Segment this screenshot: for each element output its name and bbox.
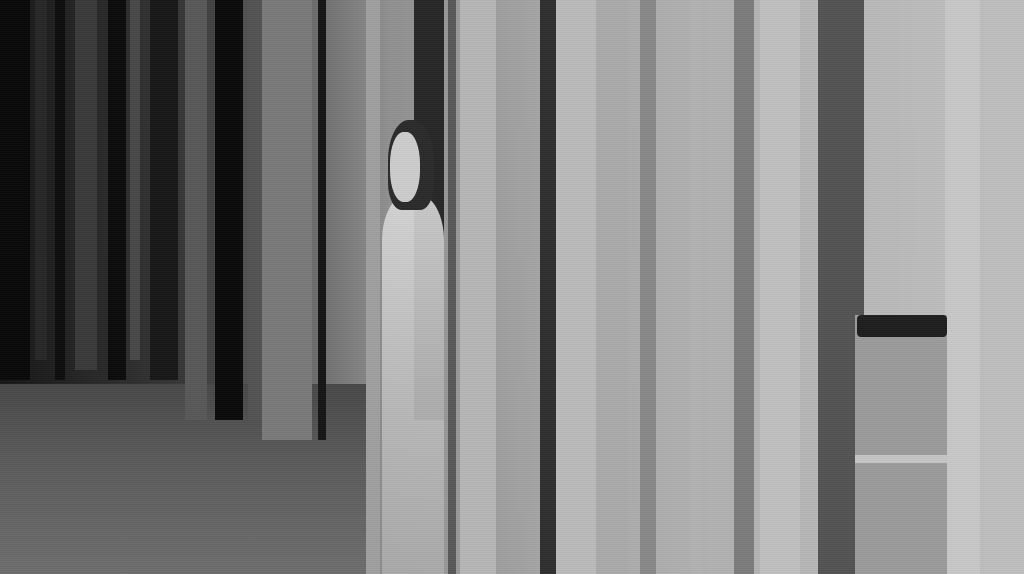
post [215,0,243,420]
post [760,0,800,574]
post [734,0,754,574]
window-opening [855,315,947,574]
figure-body [382,195,444,574]
post [55,0,65,380]
post [640,0,656,574]
post [690,0,702,574]
post [35,0,47,360]
figure-face [390,132,420,202]
post [556,0,596,574]
pale-figure [378,120,448,574]
post [185,0,207,420]
post [75,0,97,370]
post [0,0,30,380]
post [130,0,140,360]
post [150,0,178,380]
window-sill [855,455,947,463]
post [318,0,326,440]
post [448,0,456,574]
post [108,0,126,380]
post [945,0,980,574]
post [460,0,496,574]
post [598,0,628,574]
post [262,0,312,440]
post [985,0,1024,574]
window-lintel [857,315,947,337]
photograph [0,0,1024,574]
